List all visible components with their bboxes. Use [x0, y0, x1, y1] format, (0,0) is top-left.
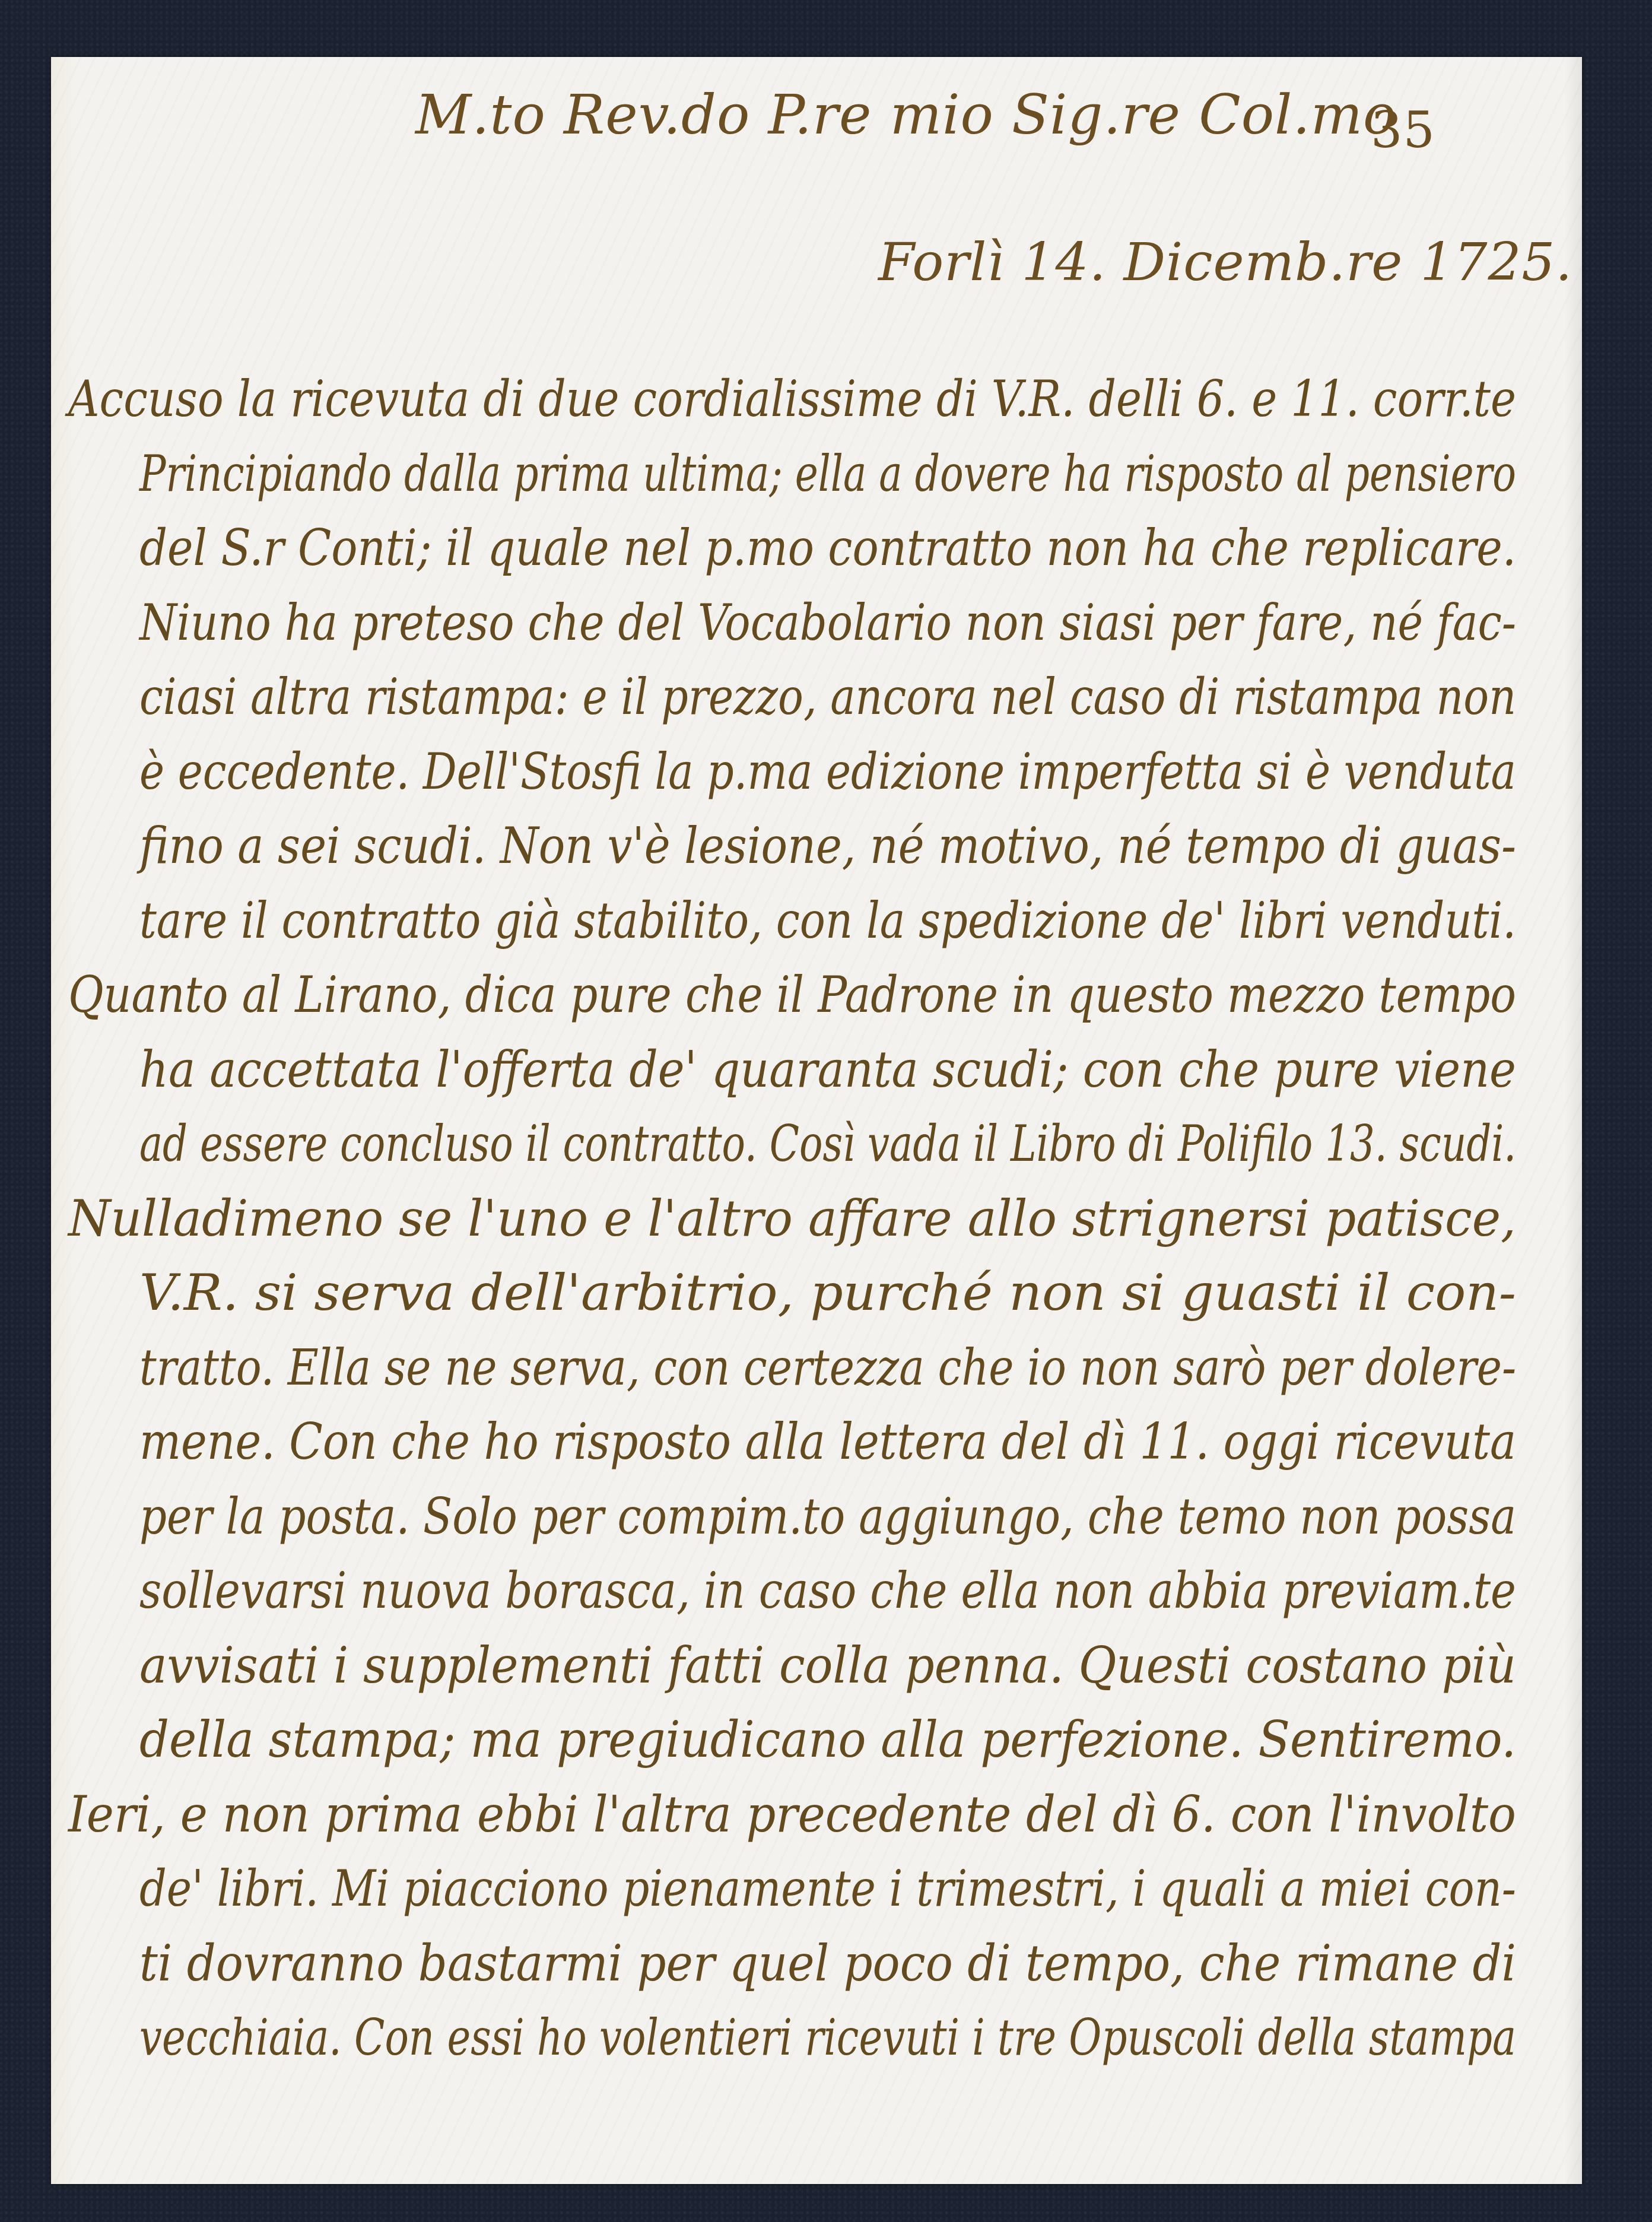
- letter-line-text: Ieri, e non prima ebbi l'altra precedent…: [68, 1789, 1516, 1839]
- letter-line: Principiando dalla prima ultima; ella a …: [68, 449, 1570, 520]
- letter-line-text: fino a sei scudi. Non v'è lesione, né mo…: [139, 821, 1516, 871]
- letter-line-text: per la posta. Solo per compim.to aggiung…: [139, 1491, 1516, 1541]
- letter-line: V.R. si serva dell'arbitrio, purché non …: [68, 1268, 1570, 1339]
- letter-line: vecchiaia. Con essi ho volentieri ricevu…: [68, 2013, 1570, 2084]
- letter-line-text: Niuno ha preteso che del Vocabolario non…: [139, 598, 1516, 647]
- letter-line-text: vecchiaia. Con essi ho volentieri ricevu…: [139, 2013, 1516, 2062]
- letter-line: ciasi altra ristampa: e il prezzo, ancor…: [68, 672, 1570, 743]
- letter-line-text: della stampa; ma pregiudicano alla perfe…: [139, 1715, 1516, 1764]
- letter-line: Quanto al Lirano, dica pure che il Padro…: [68, 970, 1570, 1041]
- letter-line-text: tare il contratto già stabilito, con la …: [139, 896, 1516, 945]
- letter-line: ti dovranno bastarmi per quel poco di te…: [68, 1938, 1570, 2010]
- letter-line-text: ha accettata l'offerta de' quaranta scud…: [139, 1045, 1516, 1094]
- letter-line: fino a sei scudi. Non v'è lesione, né mo…: [68, 821, 1570, 892]
- letter-line: ad essere concluso il contratto. Così va…: [68, 1119, 1570, 1190]
- letter-line-text: ad essere concluso il contratto. Così va…: [139, 1119, 1516, 1169]
- letter-line-text: avvisati i supplementi fatti colla penna…: [139, 1640, 1516, 1690]
- letter-line: avvisati i supplementi fatti colla penna…: [68, 1640, 1570, 1712]
- letter-line: mene. Con che ho risposto alla lettera d…: [68, 1417, 1570, 1488]
- letter-line-text: Quanto al Lirano, dica pure che il Padro…: [68, 970, 1516, 1020]
- letter-line: della stampa; ma pregiudicano alla perfe…: [68, 1715, 1570, 1786]
- letter-line-text: sollevarsi nuova borasca, in caso che el…: [139, 1566, 1516, 1615]
- letter-line: Niuno ha preteso che del Vocabolario non…: [68, 598, 1570, 669]
- letter-line-text: de' libri. Mi piacciono pienamente i tri…: [139, 1864, 1516, 1913]
- letter-line: ha accettata l'offerta de' quaranta scud…: [68, 1045, 1570, 1116]
- letter-line-text: tratto. Ella se ne serva, con certezza c…: [139, 1342, 1516, 1392]
- page-number: 35: [1371, 101, 1435, 159]
- letter-line-text: ciasi altra ristampa: e il prezzo, ancor…: [139, 672, 1516, 722]
- date-line: Forlì 14. Dicemb.re 1725.: [878, 231, 1572, 293]
- letter-line: Accuso la ricevuta di due cordialissime …: [68, 374, 1570, 445]
- letter-line: del S.r Conti; il quale nel p.mo contrat…: [68, 523, 1570, 594]
- letter-line-text: Accuso la ricevuta di due cordialissime …: [68, 374, 1516, 424]
- letter-line-text: è eccedente. Dell'Stosfi la p.ma edizion…: [139, 747, 1516, 796]
- letter-line-text: del S.r Conti; il quale nel p.mo contrat…: [139, 523, 1516, 573]
- letter-line-text: Nulladimeno se l'uno e l'altro affare al…: [68, 1193, 1516, 1243]
- letter-line: per la posta. Solo per compim.to aggiung…: [68, 1491, 1570, 1563]
- salutation: M.to Rev.do P.re mio Sig.re Col.mo: [415, 83, 1396, 147]
- letter-line: Nulladimeno se l'uno e l'altro affare al…: [68, 1193, 1570, 1265]
- letter-body: Accuso la ricevuta di due cordialissime …: [68, 374, 1570, 2087]
- letter-line-text: ti dovranno bastarmi per quel poco di te…: [139, 1938, 1516, 1988]
- letter-line-text: mene. Con che ho risposto alla lettera d…: [139, 1417, 1516, 1466]
- letter-line: tratto. Ella se ne serva, con certezza c…: [68, 1342, 1570, 1414]
- letter-line: è eccedente. Dell'Stosfi la p.ma edizion…: [68, 747, 1570, 818]
- letter-line: sollevarsi nuova borasca, in caso che el…: [68, 1566, 1570, 1637]
- letter-line: tare il contratto già stabilito, con la …: [68, 896, 1570, 967]
- letter-line-text: V.R. si serva dell'arbitrio, purché non …: [139, 1268, 1516, 1318]
- letter-line: de' libri. Mi piacciono pienamente i tri…: [68, 1864, 1570, 1935]
- letter-line: Ieri, e non prima ebbi l'altra precedent…: [68, 1789, 1570, 1861]
- letter-line-text: Principiando dalla prima ultima; ella a …: [139, 449, 1516, 499]
